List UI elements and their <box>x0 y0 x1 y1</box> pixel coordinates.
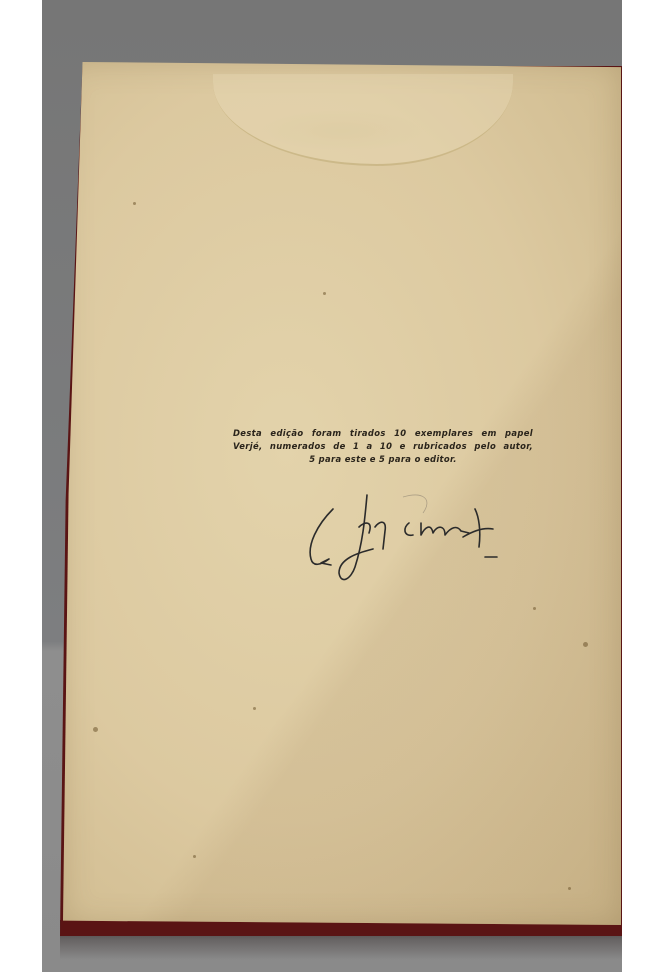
foxing-spot <box>568 887 571 890</box>
notice-line: 5 para este e 5 para o editor. <box>233 453 533 466</box>
foxing-spot <box>133 202 136 205</box>
photo-frame: Desta edição foram tirados 10 exemplares… <box>0 0 654 972</box>
foxing-spot <box>323 292 326 295</box>
notice-line: Desta edição foram tirados 10 exemplares… <box>233 427 533 440</box>
foxing-spot <box>93 727 98 732</box>
water-stain <box>213 74 513 166</box>
book-page: Desta edição foram tirados 10 exemplares… <box>63 62 621 925</box>
foxing-spot <box>583 642 588 647</box>
notice-line: Verjé, numerados de 1 a 10 e rubricados … <box>233 440 533 453</box>
foxing-spot <box>533 607 536 610</box>
limitation-notice: Desta edição foram tirados 10 exemplares… <box>233 427 533 466</box>
foxing-spot <box>253 707 256 710</box>
handwritten-signature <box>303 487 583 597</box>
foxing-spot <box>193 855 196 858</box>
